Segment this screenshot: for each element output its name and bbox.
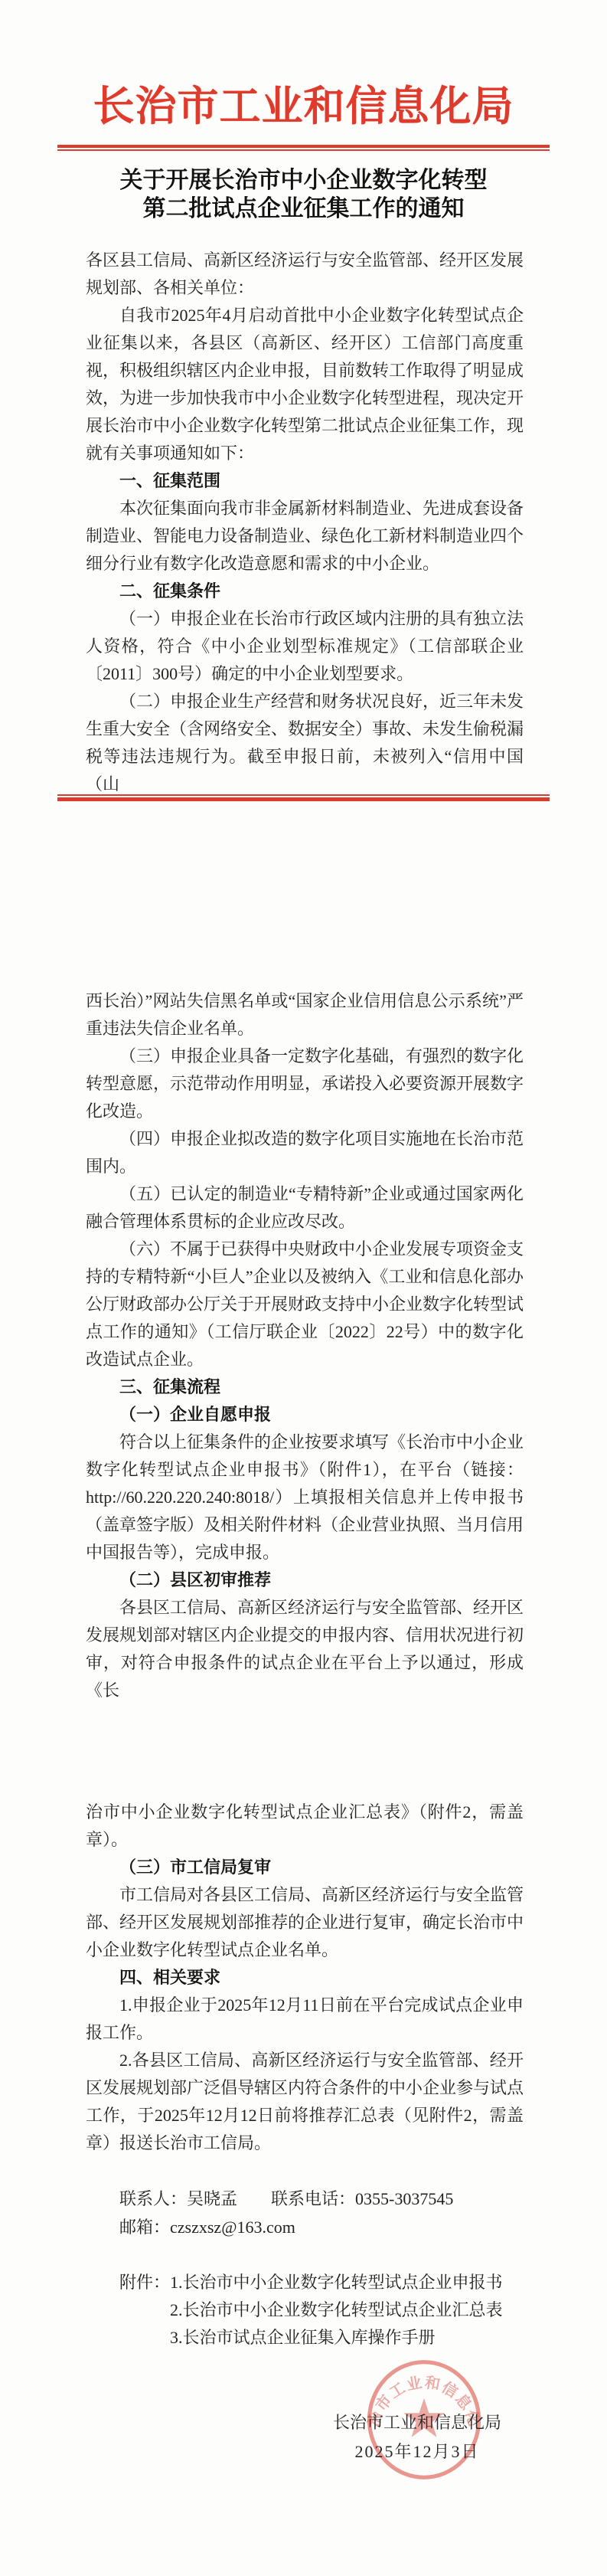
- paragraph: （一）申报企业在长治市行政区域内注册的具有独立法人资格，符合《中小企业划型标准规…: [86, 605, 524, 688]
- section-heading: 一、征集范围: [86, 467, 524, 495]
- paragraph-continuation: 西长治）”网站失信黑名单或“国家企业信用信息公示系统”严重违法失信企业名单。: [86, 987, 524, 1043]
- document-title: 关于开展长治市中小企业数字化转型 第二批试点企业征集工作的通知: [0, 166, 607, 223]
- paragraph: （四）申报企业拟改造的数字化项目实施地在长治市范围内。: [86, 1125, 524, 1180]
- paragraph: 自我市2025年4月启动首批中小企业数字化转型试点企业征集以来，各县区（高新区、…: [86, 302, 524, 467]
- addressee-line: 各区县工信局、高新区经济运行与安全监管部、经开区发展规划部、各相关单位：: [86, 247, 524, 302]
- subsection-heading: （三）市工信局复审: [86, 1854, 524, 1881]
- attachment-item: 2.长治市中小企业数字化转型试点企业汇总表: [170, 2296, 503, 2324]
- contact-phone-label: 联系电话：: [271, 2189, 355, 2208]
- paragraph: 本次征集面向我市非金属新材料制造业、先进成套设备制造业、智能电力设备制造业、绿色…: [86, 495, 524, 578]
- subsection-heading: （一）企业自愿申报: [86, 1401, 524, 1429]
- paragraph: 符合以上征集条件的企业按要求填写《长治市中小企业数字化转型试点企业申报书》（附件…: [86, 1429, 524, 1566]
- contact-person: 吴晓孟: [187, 2189, 237, 2208]
- signature-date: 2025年12月3日: [314, 2439, 521, 2463]
- paragraph-continuation: 治市中小企业数字化转型试点企业汇总表》（附件2，需盖章）。: [86, 1799, 524, 1854]
- document-title-line1: 关于开展长治市中小企业数字化转型: [0, 166, 607, 195]
- document-page: 长治市工业和信息化局 关于开展长治市中小企业数字化转型 第二批试点企业征集工作的…: [0, 0, 607, 2576]
- attachment-items: 1.长治市中小企业数字化转型试点企业申报书2.长治市中小企业数字化转型试点企业汇…: [170, 2269, 503, 2352]
- signature-agency: 长治市工业和信息化局: [314, 2410, 521, 2434]
- section-heading: 四、相关要求: [86, 1964, 524, 1992]
- page1-body: 各区县工信局、高新区经济运行与安全监管部、经开区发展规划部、各相关单位：自我市2…: [86, 247, 524, 798]
- attachments-block: 附件： 1.长治市中小企业数字化转型试点企业申报书2.长治市中小企业数字化转型试…: [119, 2269, 503, 2352]
- contact-email: czszxsz@163.com: [170, 2218, 295, 2237]
- contact-person-label: 联系人：: [119, 2189, 187, 2208]
- subsection-heading: （二）县区初审推荐: [86, 1566, 524, 1594]
- paragraph: 1.申报企业于2025年12月11日前在平台完成试点企业申报工作。: [86, 1992, 524, 2047]
- paragraph: （五）已认定的制造业“专精特新”企业或通过国家两化融合管理体系贯标的企业应改尽改…: [86, 1180, 524, 1236]
- paragraph: 各县区工信局、高新区经济运行与安全监管部、经开区发展规划部对辖区内企业提交的申报…: [86, 1594, 524, 1704]
- section-heading: 三、征集流程: [86, 1373, 524, 1401]
- attachments-label: 附件：: [119, 2269, 170, 2296]
- contact-phone: 0355-3037545: [355, 2189, 453, 2208]
- agency-header: 长治市工业和信息化局: [0, 84, 607, 129]
- page1-footer-divider-line: [57, 794, 550, 802]
- paragraph: （三）申报企业具备一定数字化基础，有强烈的数字化转型意愿，示范带动作用明显，承诺…: [86, 1043, 524, 1125]
- contact-line-1: 联系人：吴晓孟联系电话：0355-3037545: [119, 2185, 453, 2213]
- attachment-item: 3.长治市试点企业征集入库操作手册: [170, 2324, 503, 2352]
- paragraph: 市工信局对各县区工信局、高新区经济运行与安全监管部、经开区发展规划部推荐的企业进…: [86, 1881, 524, 1964]
- paragraph: 2.各县区工信局、高新区经济运行与安全监管部、经开区发展规划部广泛倡导辖区内符合…: [86, 2047, 524, 2157]
- section-heading: 二、征集条件: [86, 578, 524, 605]
- contact-line-2: 邮箱：czszxsz@163.com: [119, 2213, 453, 2241]
- paragraph: （二）申报企业生产经营和财务状况良好，近三年未发生重大安全（含网络安全、数据安全…: [86, 688, 524, 798]
- page2-body: 西长治）”网站失信黑名单或“国家企业信用信息公示系统”严重违法失信企业名单。（三…: [86, 987, 524, 1704]
- document-title-line2: 第二批试点企业征集工作的通知: [0, 195, 607, 223]
- header-divider-line: [57, 145, 550, 152]
- attachment-item: 1.长治市中小企业数字化转型试点企业申报书: [170, 2269, 503, 2296]
- contact-email-label: 邮箱：: [119, 2218, 170, 2237]
- page3-body: 治市中小企业数字化转型试点企业汇总表》（附件2，需盖章）。（三）市工信局复审市工…: [86, 1799, 524, 2157]
- paragraph: （六）不属于已获得中央财政中小企业发展专项资金支持的专精特新“小巨人”企业以及被…: [86, 1236, 524, 1373]
- contact-block: 联系人：吴晓孟联系电话：0355-3037545 邮箱：czszxsz@163.…: [119, 2185, 453, 2241]
